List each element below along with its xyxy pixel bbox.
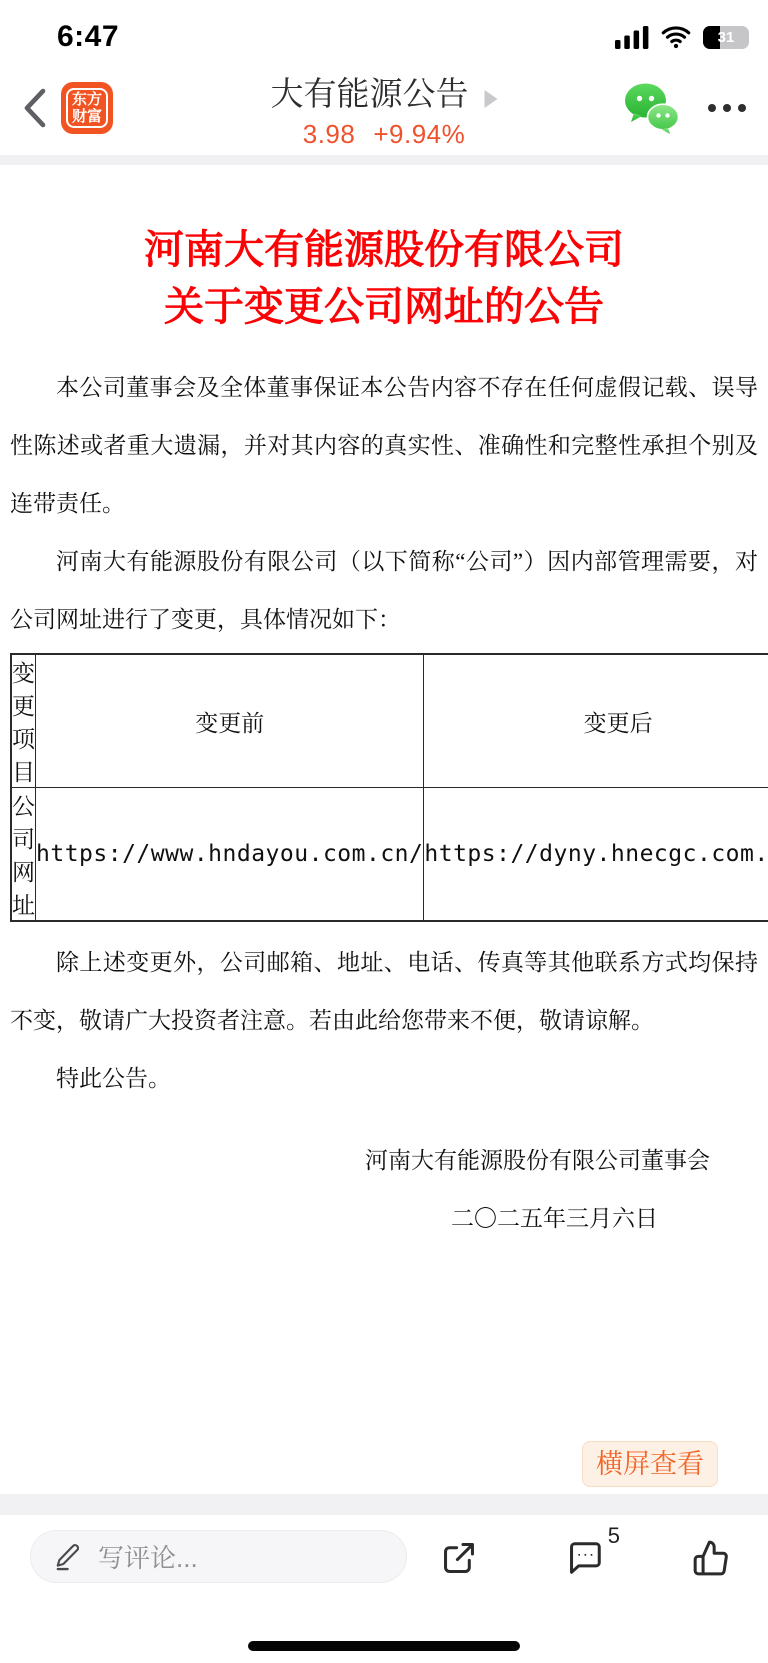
wifi-icon [660,25,692,49]
wechat-share-icon[interactable] [623,82,680,134]
change-table: 变更项目 变更前 变更后 公司网址 https://www.hndayou.co… [10,653,768,922]
share-icon[interactable] [440,1539,478,1577]
comment-count-badge: 5 [608,1523,620,1549]
battery-icon: 31 [703,26,744,49]
stock-price: 3.98 [303,119,356,149]
clock: 6:47 [57,20,119,54]
like-icon[interactable] [692,1539,730,1577]
stock-header[interactable]: 大有能源公告 3.98+9.94% [271,68,498,150]
divider [0,1494,768,1515]
eastmoney-logo[interactable]: 东方 财富 [61,82,113,134]
chevron-right-icon [485,90,498,108]
document-date: 二〇二五年三月六日 [10,1190,758,1248]
divider [0,155,768,165]
stock-change: +9.94% [373,119,465,149]
paragraph-closing: 特此公告。 [10,1050,758,1108]
page-title: 大有能源公告 [271,68,469,115]
paragraph-notice: 除上述变更外，公司邮箱、地址、电话、传真等其他联系方式均保持不变，敬请广大投资者… [10,934,758,1050]
table-cell-item: 公司网址 [11,788,36,922]
nav-bar: 东方 财富 大有能源公告 3.98+9.94% [0,60,768,155]
paragraph-disclaimer: 本公司董事会及全体董事保证本公告内容不存在任何虚假记载、误导性陈述或者重大遗漏，… [10,359,758,533]
pencil-icon [53,1543,81,1571]
home-indicator[interactable] [248,1641,520,1651]
comment-placeholder: 写评论... [98,1538,198,1575]
announcement-document: 河南大有能源股份有限公司 关于变更公司网址的公告 本公司董事会及全体董事保证本公… [0,165,768,1494]
more-options-icon[interactable] [708,104,746,112]
bottom-actions: 5 [440,1539,730,1577]
battery-percent: 31 [703,26,749,49]
comments-icon[interactable]: 5 [566,1539,604,1577]
paragraph-intro: 河南大有能源股份有限公司（以下简称“公司”）因内部管理需要，对公司网址进行了变更… [10,533,758,649]
table-header-item: 变更项目 [11,654,36,788]
signature: 河南大有能源股份有限公司董事会 [10,1132,758,1190]
table-cell-url-before: https://www.hndayou.com.cn/ [36,788,424,922]
table-header-after: 变更后 [424,654,768,788]
back-chevron-icon[interactable] [22,88,48,128]
document-title-line1: 河南大有能源股份有限公司 [10,221,758,278]
screen: 6:47 3 [0,0,768,1663]
status-bar: 6:47 3 [0,0,768,60]
table-row: 公司网址 https://www.hndayou.com.cn/ https:/… [11,788,768,922]
stock-quote: 3.98+9.94% [271,119,498,150]
table-header-before: 变更前 [36,654,424,788]
comment-input[interactable]: 写评论... [30,1530,407,1583]
landscape-view-button[interactable]: 横屏查看 [582,1441,718,1487]
document-title-line2: 关于变更公司网址的公告 [10,278,758,335]
cellular-signal-icon [615,26,649,49]
table-cell-url-after: https://dyny.hnecgc.com.cn/ [424,788,768,922]
table-header-row: 变更项目 变更前 变更后 [11,654,768,788]
bottom-bar: 写评论... 5 [0,1515,768,1663]
logo-text-line1: 东方 [72,91,102,108]
logo-text-line2: 财富 [72,108,102,125]
document-title: 河南大有能源股份有限公司 关于变更公司网址的公告 [10,165,758,335]
status-icons: 31 [615,25,744,49]
